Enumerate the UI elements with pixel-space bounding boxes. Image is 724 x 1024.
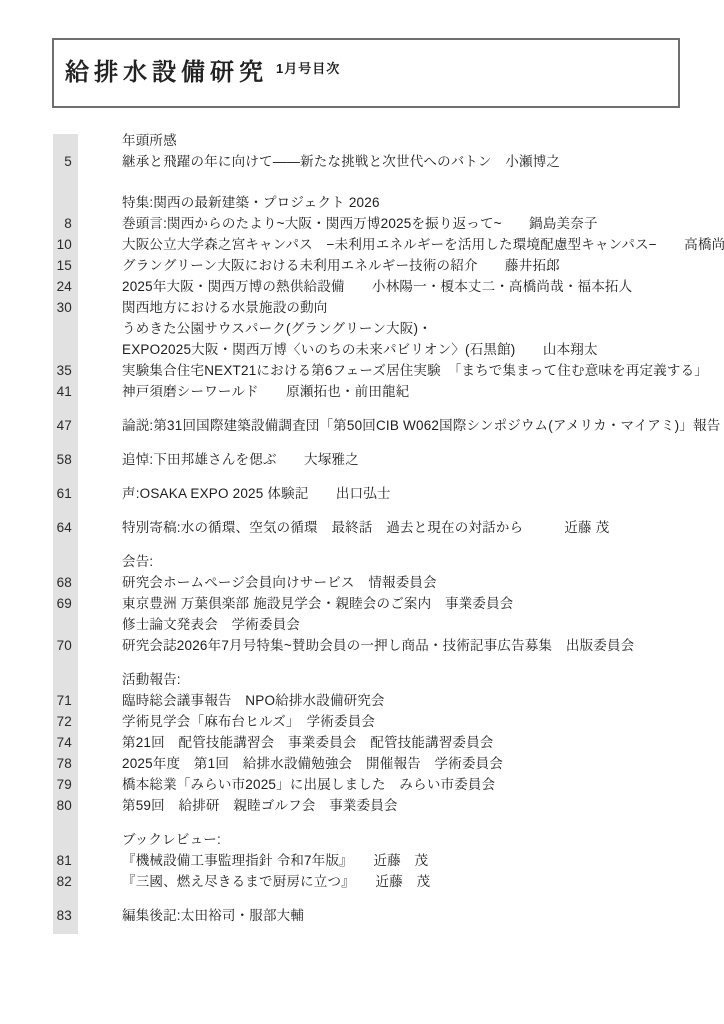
toc-section: 47論説:第31回国際建築設備調査団「第50回CIB W062国際シンポジウム(… [0, 415, 724, 436]
masthead-box: 給排水設備研究1月号目次 [52, 38, 680, 108]
toc-entry-text: グラングリーン大阪における未利用エネルギー技術の紹介 藤井拓郎 [122, 255, 560, 276]
toc-row: 47論説:第31回国際建築設備調査団「第50回CIB W062国際シンポジウム(… [0, 415, 724, 436]
toc-entry-text: 大阪公立大学森之宮キャンパス −未利用エネルギーを活用した環境配慮型キャンパス−… [122, 234, 724, 255]
toc-entry-text: 追悼:下田邦雄さんを偲ぶ 大塚雅之 [122, 449, 359, 470]
toc-row: 71臨時総会議事報告 NPO給排水設備研究会 [0, 690, 724, 711]
toc-row: 83編集後記:太田裕司・服部大輔 [0, 905, 724, 926]
toc-entry-text: 継承と飛躍の年に向けて――新たな挑戦と次世代へのバトン 小瀬博之 [122, 151, 560, 172]
toc-entry-text: 修士論文発表会 学術委員会 [122, 614, 300, 635]
toc-entry-text: 編集後記:太田裕司・服部大輔 [122, 905, 304, 926]
toc-entry-text: 論説:第31回国際建築設備調査団「第50回CIB W062国際シンポジウム(アメ… [122, 415, 724, 436]
toc-row: ブックレビュー: [0, 829, 724, 850]
toc-entry-text: 『機械設備工事監理指針 令和7年版』 近藤 茂 [122, 850, 428, 871]
toc-page-number: 15 [0, 255, 72, 276]
toc-entry-text: 活動報告: [122, 669, 181, 690]
toc-row: 782025年度 第1回 給排水設備勉強会 開催報告 学術委員会 [0, 753, 724, 774]
toc-row: 68研究会ホームページ会員向けサービス 情報委員会 [0, 572, 724, 593]
toc-row: 活動報告: [0, 669, 724, 690]
toc-page-number: 81 [0, 850, 72, 871]
toc-row: 74第21回 配管技能講習会 事業委員会 配管技能講習委員会 [0, 732, 724, 753]
toc-row: EXPO2025大阪・関西万博〈いのちの未来パビリオン〉(石黒館) 山本翔太 [0, 339, 724, 360]
toc-row: うめきた公園サウスパーク(グラングリーン大阪)・ [0, 318, 724, 339]
toc-row: 30関西地方における水景施設の動向 [0, 297, 724, 318]
toc-page-number: 35 [0, 360, 72, 381]
toc-entry-text: 臨時総会議事報告 NPO給排水設備研究会 [122, 690, 385, 711]
toc-row: 72学術見学会「麻布台ヒルズ」 学術委員会 [0, 711, 724, 732]
toc-entry-text: 神戸須磨シーワールド 原瀬拓也・前田龍紀 [122, 381, 409, 402]
toc-page-number: 71 [0, 690, 72, 711]
toc-row: 64特別寄稿:水の循環、空気の循環 最終話 過去と現在の対話から 近藤 茂 [0, 517, 724, 538]
toc-row: 特集:関西の最新建築・プロジェクト 2026 [0, 192, 724, 213]
issue-label: 1月号目次 [276, 61, 340, 76]
toc-row: 79橋本総業「みらい市2025」に出展しました みらい市委員会 [0, 774, 724, 795]
toc-entry-text: 研究会ホームページ会員向けサービス 情報委員会 [122, 572, 437, 593]
table-of-contents: 年頭所感5継承と飛躍の年に向けて――新たな挑戦と次世代へのバトン 小瀬博之特集:… [0, 130, 724, 926]
toc-row: 81『機械設備工事監理指針 令和7年版』 近藤 茂 [0, 850, 724, 871]
toc-row: 82『三國、燃え尽きるまで厨房に立つ』 近藤 茂 [0, 871, 724, 892]
toc-page-number: 82 [0, 871, 72, 892]
toc-section: 年頭所感5継承と飛躍の年に向けて――新たな挑戦と次世代へのバトン 小瀬博之 [0, 130, 724, 172]
toc-page-number: 68 [0, 572, 72, 593]
toc-row: 70研究会誌2026年7月号特集~賛助会員の一押し商品・技術記事広告募集 出版委… [0, 635, 724, 656]
toc-entry-text: 声:OSAKA EXPO 2025 体験記 出口弘士 [122, 483, 391, 504]
toc-page-number: 5 [0, 151, 72, 172]
toc-entry-text: 第59回 給排研 親睦ゴルフ会 事業委員会 [122, 795, 398, 816]
toc-page-number: 80 [0, 795, 72, 816]
journal-title: 給排水設備研究 [65, 59, 268, 86]
masthead-inner: 給排水設備研究1月号目次 [54, 40, 678, 87]
toc-page-number: 41 [0, 381, 72, 402]
toc-entry-text: EXPO2025大阪・関西万博〈いのちの未来パビリオン〉(石黒館) 山本翔太 [122, 339, 598, 360]
toc-entry-text: 特別寄稿:水の循環、空気の循環 最終話 過去と現在の対話から 近藤 茂 [122, 517, 609, 538]
toc-page-number: 10 [0, 234, 72, 255]
toc-row: 35実験集合住宅NEXT21における第6フェーズ居住実験 「まちで集まって住む意… [0, 360, 724, 381]
toc-entry-text: 2025年度 第1回 給排水設備勉強会 開催報告 学術委員会 [122, 753, 503, 774]
toc-row: 242025年大阪・関西万博の熱供給設備 小林陽一・榎本丈二・高橋尚哉・福本拓人 [0, 276, 724, 297]
toc-section: 64特別寄稿:水の循環、空気の循環 最終話 過去と現在の対話から 近藤 茂 [0, 517, 724, 538]
toc-page-number: 8 [0, 213, 72, 234]
toc-page-number: 64 [0, 517, 72, 538]
toc-section: ブックレビュー:81『機械設備工事監理指針 令和7年版』 近藤 茂82『三國、燃… [0, 829, 724, 892]
toc-page-number: 61 [0, 483, 72, 504]
toc-page-number: 78 [0, 753, 72, 774]
toc-row: 69東京豊洲 万葉倶楽部 施設見学会・親睦会のご案内 事業委員会 [0, 593, 724, 614]
toc-row: 会告: [0, 551, 724, 572]
toc-entry-text: 研究会誌2026年7月号特集~賛助会員の一押し商品・技術記事広告募集 出版委員会 [122, 635, 634, 656]
toc-page-number: 58 [0, 449, 72, 470]
toc-page-number: 47 [0, 415, 72, 436]
toc-entry-text: 会告: [122, 551, 153, 572]
toc-entry-text: ブックレビュー: [122, 829, 221, 850]
toc-section: 83編集後記:太田裕司・服部大輔 [0, 905, 724, 926]
toc-row: 8巻頭言:関西からのたより~大阪・関西万博2025を振り返って~ 鍋島美奈子 [0, 213, 724, 234]
toc-entry-text: 関西地方における水景施設の動向 [122, 297, 328, 318]
toc-entry-text: 巻頭言:関西からのたより~大阪・関西万博2025を振り返って~ 鍋島美奈子 [122, 213, 598, 234]
toc-section: 活動報告:71臨時総会議事報告 NPO給排水設備研究会72学術見学会「麻布台ヒル… [0, 669, 724, 816]
toc-page-number: 24 [0, 276, 72, 297]
toc-page-number: 74 [0, 732, 72, 753]
toc-entry-text: 特集:関西の最新建築・プロジェクト 2026 [122, 192, 380, 213]
toc-row: 5継承と飛躍の年に向けて――新たな挑戦と次世代へのバトン 小瀬博之 [0, 151, 724, 172]
toc-row: 修士論文発表会 学術委員会 [0, 614, 724, 635]
toc-page-number: 79 [0, 774, 72, 795]
toc-page-number: 30 [0, 297, 72, 318]
toc-entry-text: 『三國、燃え尽きるまで厨房に立つ』 近藤 茂 [122, 871, 430, 892]
toc-row: 58追悼:下田邦雄さんを偲ぶ 大塚雅之 [0, 449, 724, 470]
toc-section: 特集:関西の最新建築・プロジェクト 20268巻頭言:関西からのたより~大阪・関… [0, 192, 724, 402]
toc-entry-text: 実験集合住宅NEXT21における第6フェーズ居住実験 「まちで集まって住む意味を… [122, 360, 724, 381]
toc-entry-text: 橋本総業「みらい市2025」に出展しました みらい市委員会 [122, 774, 495, 795]
toc-entry-text: 東京豊洲 万葉倶楽部 施設見学会・親睦会のご案内 事業委員会 [122, 593, 514, 614]
toc-row: 61声:OSAKA EXPO 2025 体験記 出口弘士 [0, 483, 724, 504]
toc-section: 61声:OSAKA EXPO 2025 体験記 出口弘士 [0, 483, 724, 504]
toc-page-number: 72 [0, 711, 72, 732]
toc-row: 年頭所感 [0, 130, 724, 151]
toc-entry-text: 第21回 配管技能講習会 事業委員会 配管技能講習委員会 [122, 732, 494, 753]
toc-entry-text: うめきた公園サウスパーク(グラングリーン大阪)・ [122, 318, 432, 339]
toc-section: 58追悼:下田邦雄さんを偲ぶ 大塚雅之 [0, 449, 724, 470]
toc-row: 41神戸須磨シーワールド 原瀬拓也・前田龍紀 [0, 381, 724, 402]
toc-entry-text: 2025年大阪・関西万博の熱供給設備 小林陽一・榎本丈二・高橋尚哉・福本拓人 [122, 276, 632, 297]
toc-page-number: 83 [0, 905, 72, 926]
toc-section: 会告:68研究会ホームページ会員向けサービス 情報委員会69東京豊洲 万葉倶楽部… [0, 551, 724, 656]
toc-entry-text: 年頭所感 [122, 130, 177, 151]
toc-page-number: 70 [0, 635, 72, 656]
toc-row: 80第59回 給排研 親睦ゴルフ会 事業委員会 [0, 795, 724, 816]
toc-row: 15グラングリーン大阪における未利用エネルギー技術の紹介 藤井拓郎 [0, 255, 724, 276]
toc-entry-text: 学術見学会「麻布台ヒルズ」 学術委員会 [122, 711, 375, 732]
toc-page-number: 69 [0, 593, 72, 614]
toc-row: 10大阪公立大学森之宮キャンパス −未利用エネルギーを活用した環境配慮型キャンパ… [0, 234, 724, 255]
